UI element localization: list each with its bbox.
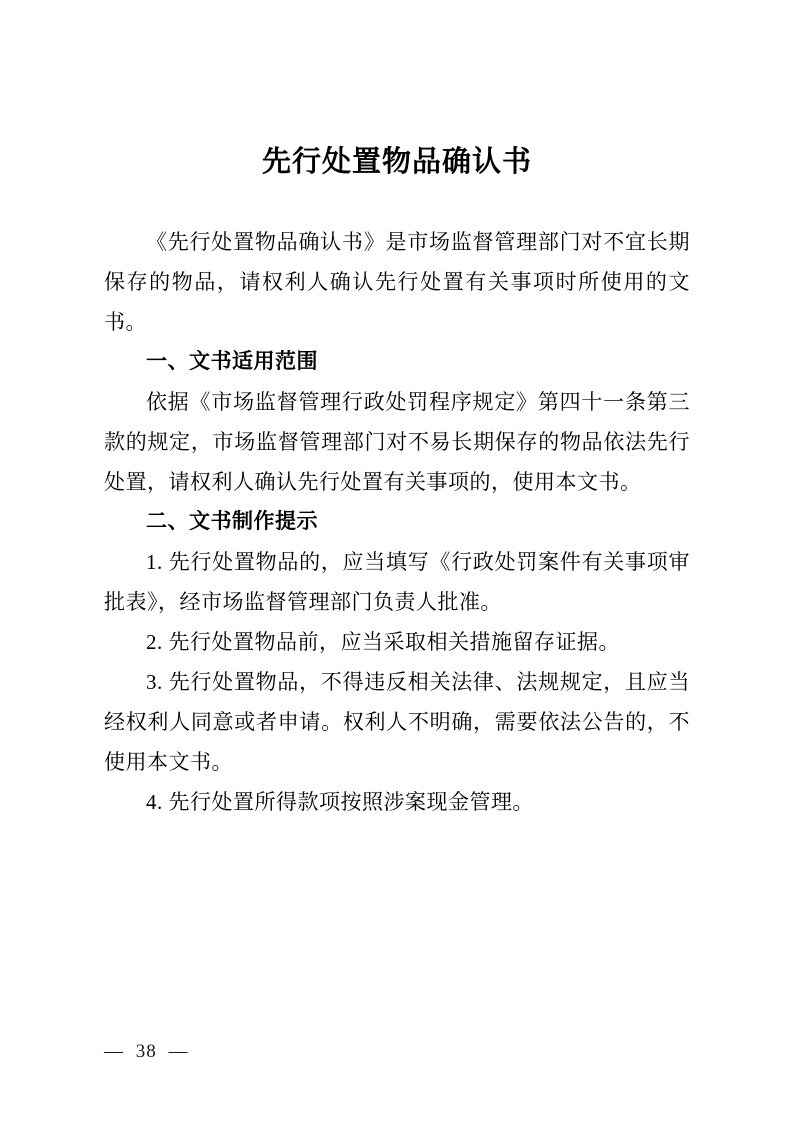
page-number: — 38 —: [104, 1039, 189, 1065]
tip-item-3: 3. 先行处置物品，不得违反相关法律、法规规定，且应当经权利人同意或者申请。权利…: [104, 662, 690, 782]
intro-paragraph: 《先行处置物品确认书》是市场监督管理部门对不宜长期保存的物品，请权利人确认先行处…: [104, 222, 690, 342]
section-2-heading: 二、文书制作提示: [104, 502, 690, 542]
section-1-paragraph: 依据《市场监督管理行政处罚程序规定》第四十一条第三款的规定，市场监督管理部门对不…: [104, 382, 690, 502]
tip-item-2: 2. 先行处置物品前，应当采取相关措施留存证据。: [104, 622, 690, 662]
page-title: 先行处置物品确认书: [104, 142, 690, 182]
document-page: 先行处置物品确认书 《先行处置物品确认书》是市场监督管理部门对不宜长期保存的物品…: [0, 0, 793, 1122]
tip-item-1: 1. 先行处置物品的，应当填写《行政处罚案件有关事项审批表》，经市场监督管理部门…: [104, 542, 690, 622]
section-1-heading: 一、文书适用范围: [104, 342, 690, 382]
tip-item-4: 4. 先行处置所得款项按照涉案现金管理。: [104, 782, 690, 822]
